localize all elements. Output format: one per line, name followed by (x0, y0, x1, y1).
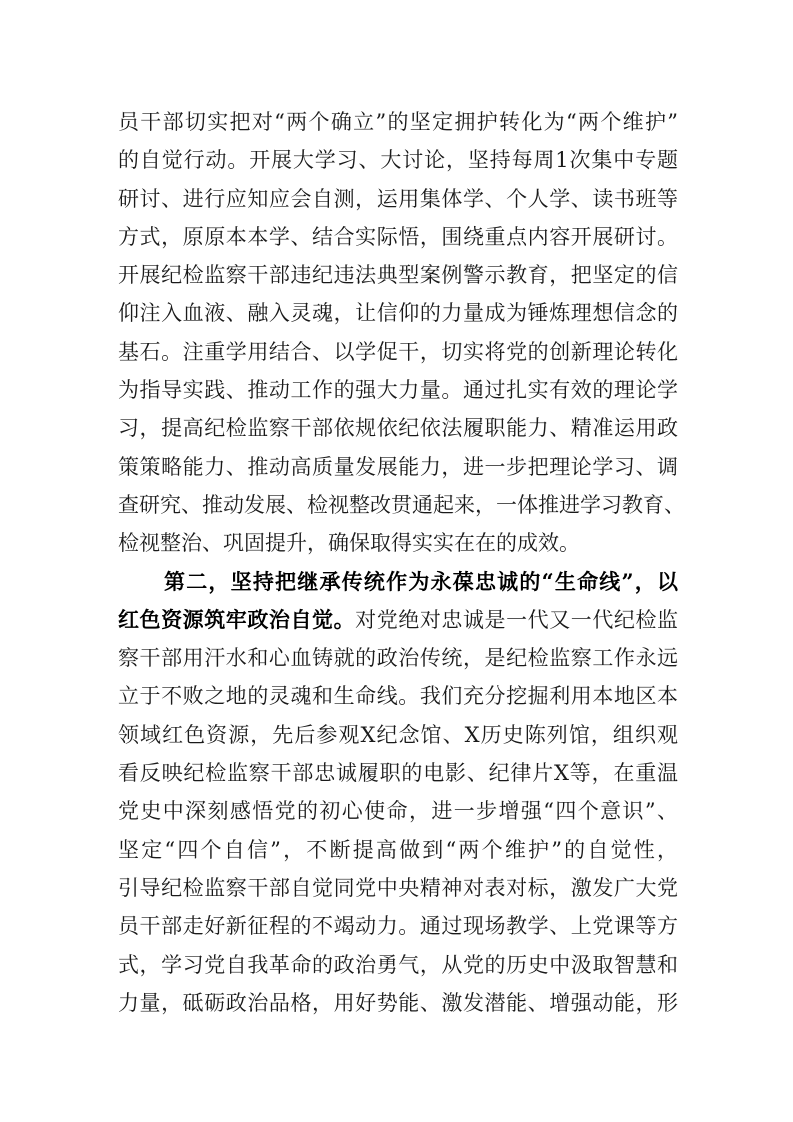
text-line: 员干部切实把对“两个确立”的坚定拥护转化为“两个维护” (118, 103, 678, 141)
text-line: 查研究、推动发展、检视整改贯通起来，一体推进学习教育、 (118, 486, 678, 524)
text-line: 研讨、进行应知应会自测，运用集体学、个人学、读书班等 (118, 180, 678, 218)
text-line: 检视整治、巩固提升，确保取得实实在在的成效。 (118, 524, 678, 562)
text-line: 方式，原原本本学、结合实际悟，围绕重点内容开展研讨。 (118, 218, 678, 256)
text-line: 习，提高纪检监察干部依规依纪依法履职能力、精准运用政 (118, 409, 678, 447)
document-page: 员干部切实把对“两个确立”的坚定拥护转化为“两个维护” 的自觉行动。开展大学习、… (118, 103, 678, 1022)
text-line: 式，学习党自我革命的政治勇气，从党的历史中汲取智慧和 (118, 946, 678, 984)
text-line: 力量，砥砺政治品格，用好势能、激发潜能、增强动能，形 (118, 984, 678, 1022)
paragraph-2: 第二，坚持把继承传统作为永葆忠诚的“生命线”，以 红色资源筑牢政治自觉。对党绝对… (118, 563, 678, 1023)
text-line: 立于不败之地的灵魂和生命线。我们充分挖掘利用本地区本 (118, 677, 678, 715)
section-heading-end: 红色资源筑牢政治自觉。 (118, 607, 355, 632)
text-line: 员干部走好新征程的不竭动力。通过现场教学、上党课等方 (118, 907, 678, 945)
text-line: 察干部用汗水和心血铸就的政治传统，是纪检监察工作永远 (118, 639, 678, 677)
section-heading: 第二，坚持把继承传统作为永葆忠诚的“生命线”，以 (118, 563, 678, 601)
text-line: 开展纪检监察干部违纪违法典型案例警示教育，把坚定的信 (118, 256, 678, 294)
text-line: 坚定“四个自信”，不断提高做到“两个维护”的自觉性， (118, 831, 678, 869)
text-line: 仰注入血液、融入灵魂，让信仰的力量成为锤炼理想信念的 (118, 294, 678, 332)
text-line: 红色资源筑牢政治自觉。对党绝对忠诚是一代又一代纪检监 (118, 601, 678, 639)
text-line: 为指导实践、推动工作的强大力量。通过扎实有效的理论学 (118, 371, 678, 409)
text-line: 引导纪检监察干部自觉同党中央精神对表对标，激发广大党 (118, 869, 678, 907)
text-line: 的自觉行动。开展大学习、大讨论，坚持每周1次集中专题 (118, 141, 678, 179)
text-line: 看反映纪检监察干部忠诚履职的电影、纪律片X等，在重温 (118, 754, 678, 792)
text-run: 对党绝对忠诚是一代又一代纪检监 (355, 608, 678, 632)
text-line: 领域红色资源，先后参观X纪念馆、X历史陈列馆，组织观 (118, 716, 678, 754)
paragraph-1: 员干部切实把对“两个确立”的坚定拥护转化为“两个维护” 的自觉行动。开展大学习、… (118, 103, 678, 563)
text-line: 党史中深刻感悟党的初心使命，进一步增强“四个意识”、 (118, 792, 678, 830)
text-line: 基石。注重学用结合、以学促干，切实将党的创新理论转化 (118, 333, 678, 371)
text-line: 策策略能力、推动高质量发展能力，进一步把理论学习、调 (118, 448, 678, 486)
